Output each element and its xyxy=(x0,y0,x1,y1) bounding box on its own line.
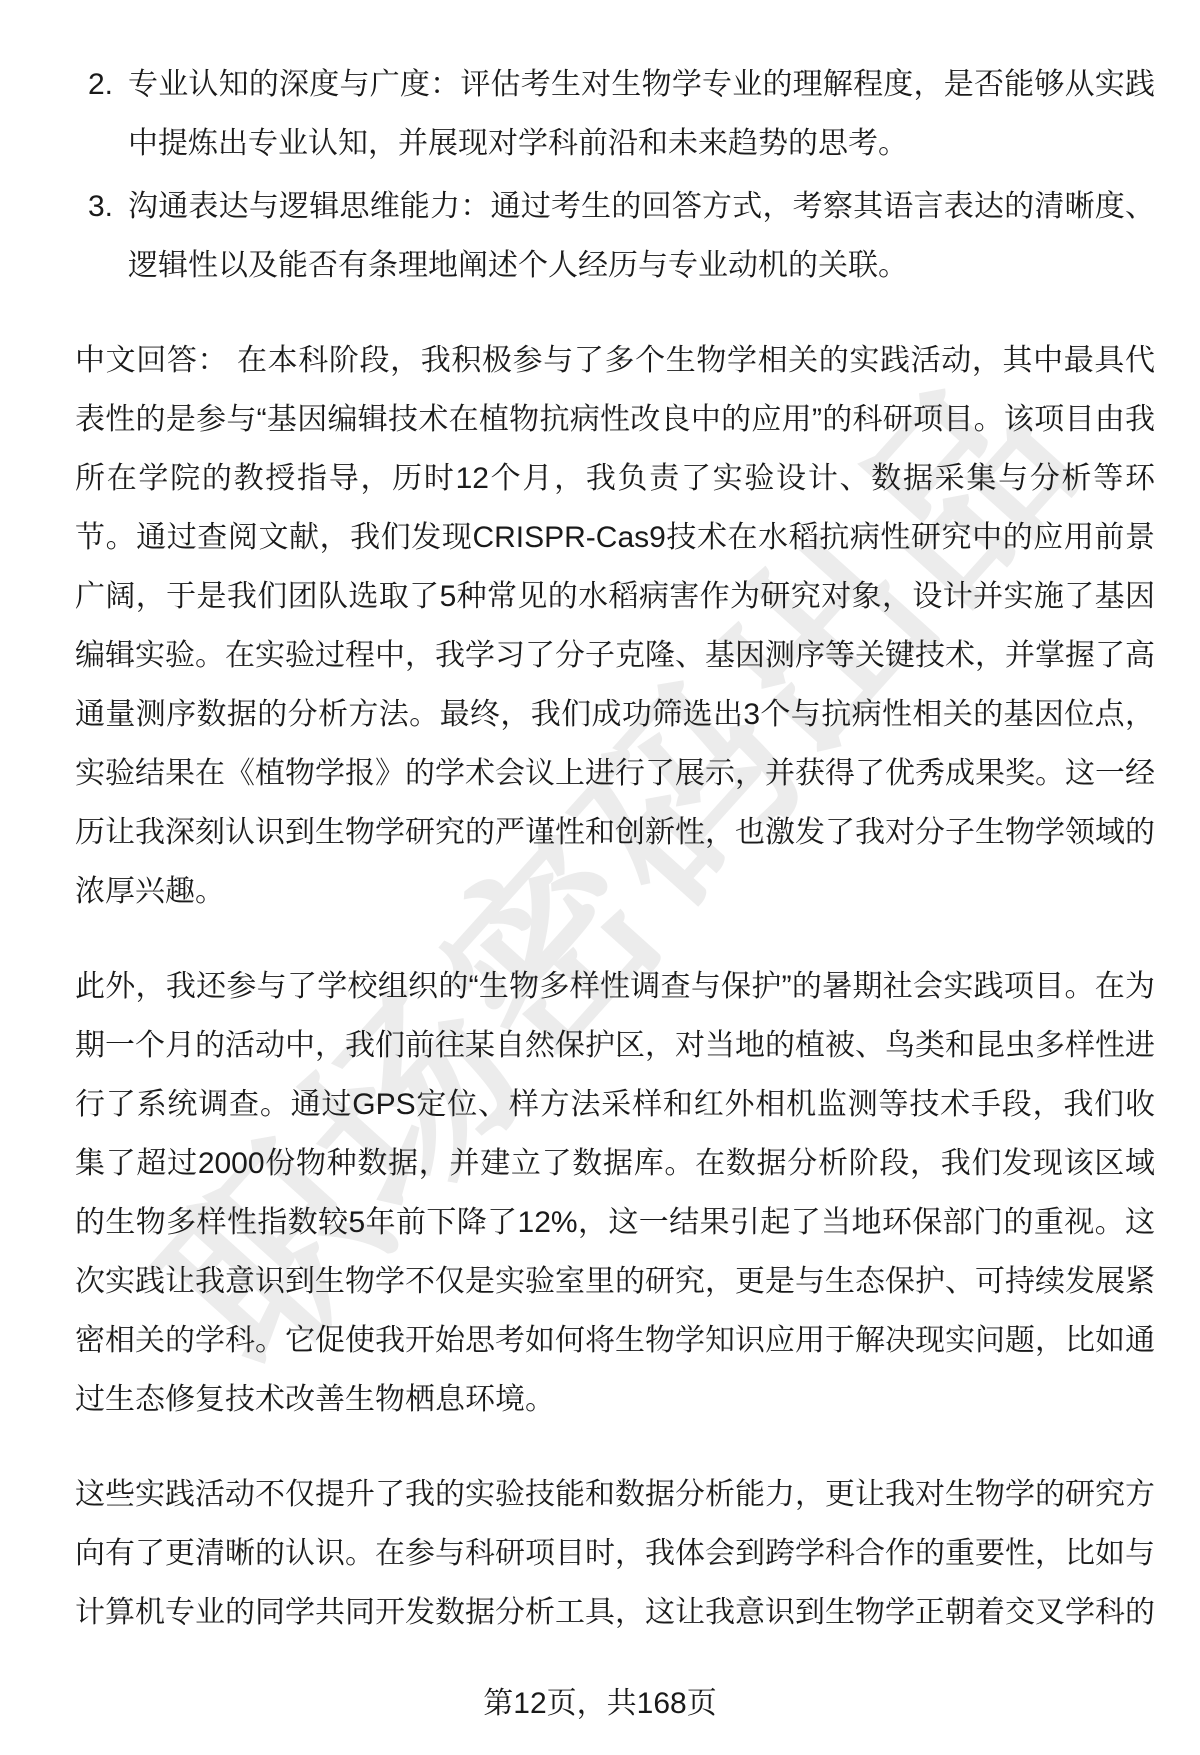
list-item-number: 3. xyxy=(88,177,113,236)
paragraph-social-practice: 此外，我还参与了学校组织的“生物多样性调查与保护”的暑期社会实践项目。在为期一个… xyxy=(75,957,1155,1429)
list-item: 3. 沟通表达与逻辑思维能力：通过考生的回答方式，考察其语言表达的清晰度、逻辑性… xyxy=(75,177,1155,295)
document-page: 职场密码出品 2. 专业认知的深度与广度：评估考生对生物学专业的理解程度，是否能… xyxy=(0,0,1200,1755)
page-number: 第12页，共168页 xyxy=(0,1686,1200,1722)
list-item-text: 沟通表达与逻辑思维能力：通过考生的回答方式，考察其语言表达的清晰度、逻辑性以及能… xyxy=(128,190,1155,282)
page-content: 2. 专业认知的深度与广度：评估考生对生物学专业的理解程度，是否能够从实践中提炼… xyxy=(75,55,1155,1642)
paragraph-summary: 这些实践活动不仅提升了我的实验技能和数据分析能力，更让我对生物学的研究方向有了更… xyxy=(75,1465,1155,1642)
list-item-text: 专业认知的深度与广度：评估考生对生物学专业的理解程度，是否能够从实践中提炼出专业… xyxy=(128,68,1155,160)
list-item-number: 2. xyxy=(88,55,113,114)
paragraph-chinese-answer: 中文回答： 在本科阶段，我积极参与了多个生物学相关的实践活动，其中最具代表性的是… xyxy=(75,331,1155,921)
list-item: 2. 专业认知的深度与广度：评估考生对生物学专业的理解程度，是否能够从实践中提炼… xyxy=(75,55,1155,173)
